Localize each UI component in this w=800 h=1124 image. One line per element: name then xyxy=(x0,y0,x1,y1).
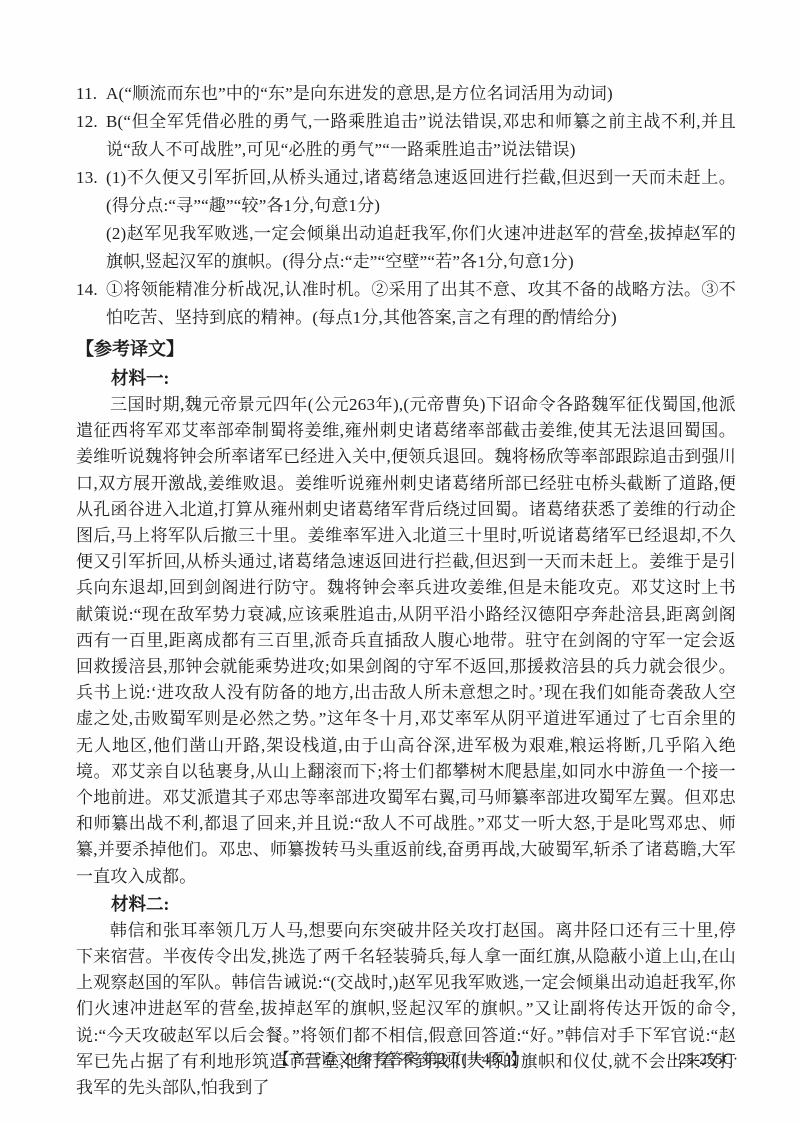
material-1-heading: 材料一: xyxy=(76,364,736,392)
material-1-paragraph: 三国时期,魏元帝景元四年(公元263年),(元帝曹奂)下诏命令各路魏军征伐蜀国,… xyxy=(76,392,736,890)
answer-number: 13. xyxy=(76,164,106,192)
answer-number: 14. xyxy=(76,276,106,304)
answer-text: B(“但全军凭借必胜的勇气,一路乘胜追击”说法错误,邓忠和师纂之前主战不利,并且… xyxy=(106,108,736,164)
answer-text: ①将领能精准分析战况,认准时机。②采用了出其不意、攻其不备的战略方法。③不怕吃苦… xyxy=(106,276,736,332)
material-2-heading: 材料二: xyxy=(76,890,736,918)
answer-number: 12. xyxy=(76,108,106,136)
material-2-paragraph: 韩信和张耳率领几万人马,想要向东突破井陉关攻打赵国。离井陉口还有三十里,停下来宿… xyxy=(76,918,736,1101)
answer-item-12: 12. B(“但全军凭借必胜的勇气,一路乘胜追击”说法错误,邓忠和师纂之前主战不… xyxy=(76,108,736,164)
scanned-answer-sheet-page: 11. A(“顺流而东也”中的“东”是向东进发的意思,是方位名词活用为动词) 1… xyxy=(0,0,800,1124)
answer-item-14: 14. ①将领能精准分析战况,认准时机。②采用了出其不意、攻其不备的战略方法。③… xyxy=(76,276,736,332)
answer-number: 11. xyxy=(76,80,106,108)
footer-paper-code: ·25-255C· xyxy=(673,1048,738,1072)
page-content: 11. A(“顺流而东也”中的“东”是向东进发的意思,是方位名词活用为动词) 1… xyxy=(76,80,736,1101)
page-footer: 【高三语文·参考答案 第2页(共4页)】 ·25-255C· xyxy=(0,1048,800,1072)
answer-text-part1: (1)不久便又引军折回,从桥头通过,诸葛绪急速返回进行拦截,但迟到一天而未赶上。… xyxy=(106,164,736,220)
answer-text: A(“顺流而东也”中的“东”是向东进发的意思,是方位名词活用为动词) xyxy=(106,80,736,108)
answer-item-11: 11. A(“顺流而东也”中的“东”是向东进发的意思,是方位名词活用为动词) xyxy=(76,80,736,108)
answer-text-part2: (2)赵军见我军败逃,一定会倾巢出动追赶我军,你们火速冲进赵军的营垒,拔掉赵军的… xyxy=(106,220,736,276)
reference-translation-heading: 【参考译文】 xyxy=(76,334,736,364)
answer-item-13: 13. (1)不久便又引军折回,从桥头通过,诸葛绪急速返回进行拦截,但迟到一天而… xyxy=(76,164,736,276)
